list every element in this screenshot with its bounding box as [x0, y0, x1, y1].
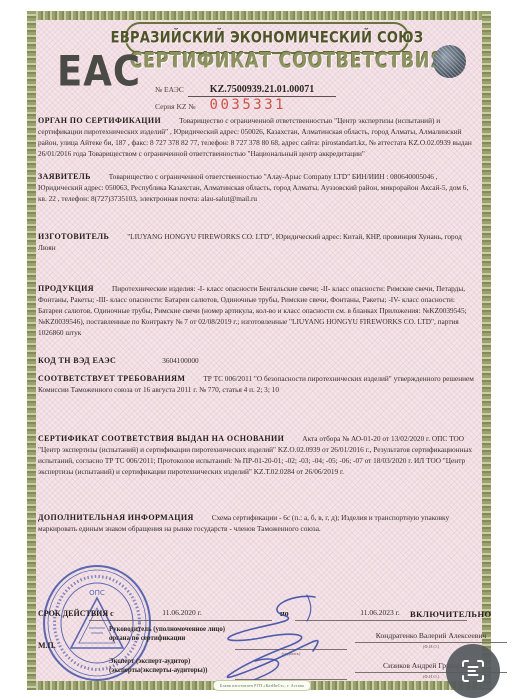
certificate-body: ОРГАН ПО СЕРТИФИКАЦИИТоварищество с огра…: [38, 115, 476, 534]
validity-label: СРОК ДЕЙСТВИЯ с: [38, 609, 114, 618]
union-title: ЕВРАЗИЙСКИЙ ЭКОНОМИЧЕСКИЙ СОЮЗ: [111, 29, 424, 47]
seal-place-label: М.П.: [38, 641, 56, 650]
certificate-viewer-page: ЕВРАЗИЙСКИЙ ЭКОНОМИЧЕСКИЙ СОЮЗ СЕРТИФИКА…: [0, 0, 513, 699]
section-text: 3604100000: [162, 356, 198, 365]
scan-text-icon: [459, 657, 487, 685]
border-top: [27, 11, 491, 20]
series-value: 0035331: [210, 97, 287, 113]
section-requirements: СООТВЕТСТВУЕТ ТРЕБОВАНИЯМТР ТС 006/2011 …: [38, 373, 476, 395]
section-label: ИЗГОТОВИТЕЛЬ: [38, 232, 127, 241]
hologram-seal-icon: [433, 45, 466, 78]
certificate-title: СЕРТИФИКАТ СООТВЕТСТВИЯ: [130, 49, 400, 74]
section-certification-body: ОРГАН ПО СЕРТИФИКАЦИИТоварищество с огра…: [38, 115, 476, 159]
validity-inclusive: ВКЛЮЧИТЕЛЬНО: [410, 609, 491, 619]
certificate-number-row: № ЕАЭСKZ.7500939.21.01.00071: [155, 79, 336, 97]
blank-maker-text: Бланк изготовлен РГП «КазИнСт», г. Астан…: [220, 683, 304, 688]
section-additional-info: ДОПОЛНИТЕЛЬНАЯ ИНФОРМАЦИЯСхема сертифика…: [38, 512, 476, 534]
signatory-name-head: Кондратенко Валерий Алексеевич: [355, 631, 507, 643]
stamp-text: ОПС: [89, 589, 105, 597]
section-label: СООТВЕТСТВУЕТ ТРЕБОВАНИЯМ: [38, 374, 203, 383]
number-label: № ЕАЭС: [155, 85, 184, 94]
series-label: Серия KZ №: [155, 102, 196, 111]
border-left: [27, 11, 36, 690]
eac-logo: ЕАС: [57, 51, 141, 92]
section-label: ПРОДУКЦИЯ: [38, 284, 112, 293]
blank-maker-strip: Бланк изготовлен РГП «КазИнСт», г. Астан…: [213, 680, 311, 691]
section-issued-basis: СЕРТИФИКАТ СООТВЕТСТВИЯ ВЫДАН НА ОСНОВАН…: [38, 433, 476, 477]
certificate-sheet: ЕВРАЗИЙСКИЙ ЭКОНОМИЧЕСКИЙ СОЮЗ СЕРТИФИКА…: [27, 11, 491, 690]
section-products: ПРОДУКЦИЯПиротехнические изделия: -I- кл…: [38, 283, 476, 338]
border-right: [482, 11, 491, 690]
scan-text-button[interactable]: [446, 644, 500, 698]
section-label: ОРГАН ПО СЕРТИФИКАЦИИ: [38, 116, 179, 125]
section-label: КОД ТН ВЭД ЕАЭС: [38, 356, 134, 365]
section-hs-code: КОД ТН ВЭД ЕАЭС3604100000: [38, 355, 476, 366]
section-label: СЕРТИФИКАТ СООТВЕТСТВИЯ ВЫДАН НА ОСНОВАН…: [38, 434, 302, 443]
section-label: ДОПОЛНИТЕЛЬНАЯ ИНФОРМАЦИЯ: [38, 513, 212, 522]
certificate-series-row: Серия KZ №0035331: [155, 96, 286, 114]
section-manufacturer: ИЗГОТОВИТЕЛЬ"LIUYANG HONGYU FIREWORKS CO…: [38, 231, 476, 253]
section-applicant: ЗАЯВИТЕЛЬТоварищество с ограниченной отв…: [38, 171, 476, 204]
section-label: ЗАЯВИТЕЛЬ: [38, 172, 109, 181]
